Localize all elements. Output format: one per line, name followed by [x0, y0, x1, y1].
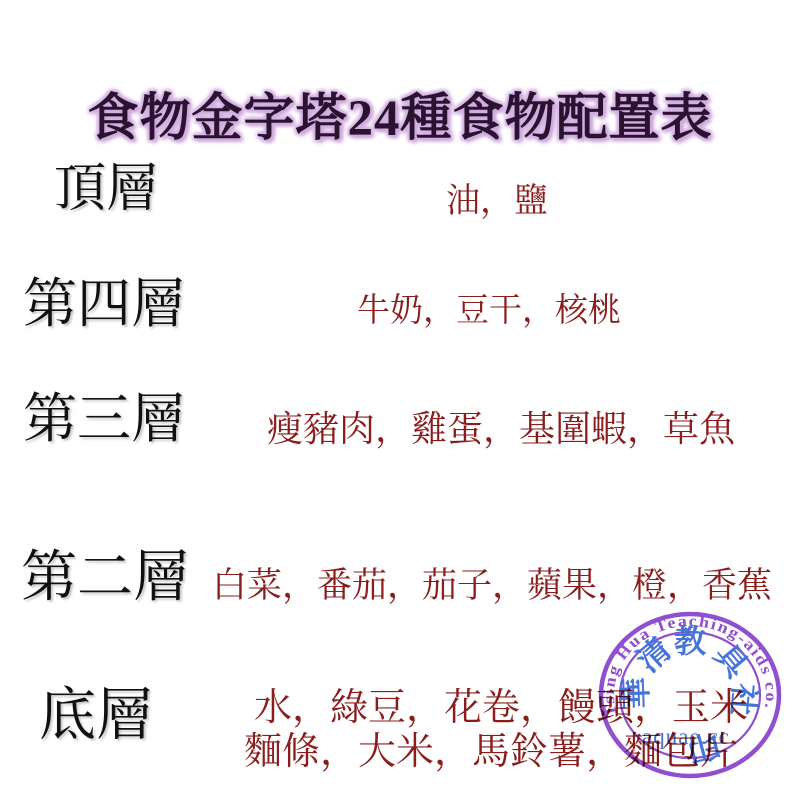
- layer-label-fourth: 第四層: [23, 276, 185, 333]
- seal-character: 社: [724, 682, 763, 717]
- seal-character: 華: [617, 676, 654, 709]
- layer-foods-fourth: 牛奶，豆干，核桃: [357, 293, 621, 329]
- layer-foods-second: 白菜，番茄，茄子，蘋果，橙，香蕉: [212, 567, 772, 606]
- page-title: 食物金字塔24種食物配置表: [0, 90, 800, 149]
- layer-label-third: 第三層: [23, 391, 185, 448]
- layer-label-second: 第二層: [21, 549, 189, 608]
- seal-watermark-stamp: Tsing Hua Teaching-aids co. 教 具 社 印 華 清 …: [590, 603, 790, 787]
- layer-foods-top: 油，鹽: [446, 183, 548, 220]
- layer-label-bottom: 底層: [39, 686, 153, 746]
- seal-character: 教: [674, 623, 707, 659]
- stamp-url-text: aquae.cc: [642, 724, 730, 749]
- document-page: 食物金字塔24種食物配置表 頂層 油，鹽 第四層 牛奶，豆干，核桃 第三層 瘦豬…: [0, 0, 800, 800]
- layer-foods-third: 瘦豬肉，雞蛋，基圍蝦，草魚: [267, 410, 735, 450]
- layer-label-top: 頂層: [54, 163, 158, 218]
